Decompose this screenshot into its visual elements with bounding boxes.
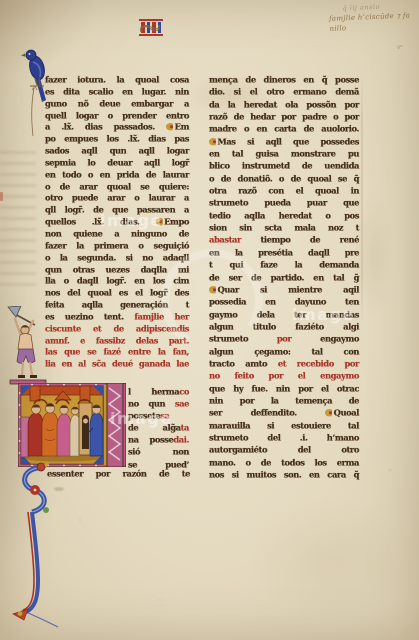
text-line: fazer iotura. la quoal cosa: [45, 74, 189, 86]
text-segment: mano. o de todos los erma: [209, 457, 359, 467]
text-segment: mença de dineros en q̃ posse: [209, 74, 359, 84]
text-segment: quell logar o prender entro: [45, 110, 189, 120]
text-segment: o de donatiõ. o de quoal se q̃: [209, 173, 359, 183]
text-segment: otro puede arar o laurar a: [45, 192, 189, 202]
text-segment: tracto amto: [209, 358, 278, 368]
axeman-drawing: [6, 306, 50, 386]
text-segment: dai.: [173, 434, 189, 444]
text-line: en todo o en prida de laurar: [45, 169, 189, 181]
text-segment: razõ de hedar por padre o por: [209, 111, 359, 121]
watermark-text: image: [292, 305, 355, 324]
text-segment: o de arar quoal se quiere:: [45, 181, 189, 191]
watermark-ring: [155, 243, 270, 358]
text-segment: Empo: [164, 216, 189, 226]
watermark-text: image: [100, 211, 163, 230]
text-segment: a .lx̃. dias passados.: [45, 121, 166, 131]
text-segment: en tal guisa monstrare pu: [209, 148, 359, 158]
text-segment: tedio aqlla heredat o pos: [209, 210, 359, 220]
annotation-line: famjlie h’ciscūde ⁊ fa nillo: [329, 10, 418, 34]
marginal-annotation: q̄ iij ansio famjlie h’ciscūde ⁊ fa nil…: [328, 0, 417, 34]
text-segment: lia en al sc̃a deué ganada lae: [45, 358, 189, 368]
paraph-mark: [166, 123, 173, 131]
rubric-text-line: lia en al sc̃a deué ganada lae: [45, 358, 189, 370]
text-segment: et recebido por: [278, 358, 359, 368]
text-line: es dita scalio en lugar. nin: [45, 86, 189, 98]
text-line: razõ de hedar por padre o por: [209, 110, 359, 123]
text-line: o de donatiõ. o de quoal se q̃: [209, 172, 359, 185]
text-line: da la heredat ola possõn por: [209, 98, 359, 111]
annotation-mark: vᵃ: [397, 44, 403, 51]
watermark-text: image: [110, 409, 173, 428]
rubric-text-line: no feito por el engaymo: [209, 369, 359, 382]
text-segment: essenter por razón de te: [47, 468, 190, 478]
text-line: mença de dineros en q̃ posse: [209, 73, 359, 86]
text-line: strumeto del .i. h’mano: [209, 431, 359, 444]
text-segment: po empues los .lx̃. dias pas: [45, 133, 189, 143]
text-segment: co: [179, 386, 189, 396]
text-line: quell logar o prender entro: [45, 110, 189, 122]
text-line: sió non: [128, 445, 189, 458]
bird-beak: [21, 54, 26, 57]
folio-number: [139, 16, 221, 38]
text-line: ser deffendito. Quoal: [209, 406, 359, 419]
text-line: guno nõ deue embargar a: [45, 98, 189, 110]
text-line: nin por la temença de: [209, 394, 359, 407]
dragon-head: [37, 463, 45, 471]
margin-red-mark: [0, 192, 3, 201]
text-segment: Quoal: [334, 407, 359, 417]
parchment-fold-line: [361, 75, 363, 325]
folio-flourish-right: [139, 19, 161, 35]
text-segment: Mas si aqll que possedes: [218, 136, 360, 146]
text-line: otro puede arar o laurar a: [45, 192, 189, 204]
text-segment: sados aqll qun aqll logar: [45, 145, 189, 155]
text-segment: dio. si el otro ermano demã: [209, 86, 359, 96]
text-segment: l herma: [128, 386, 179, 396]
pen-flourish-descender: [8, 460, 78, 632]
text-line: Mas si aqll que possedes: [209, 135, 359, 148]
text-segment: autorgamiéto del otro: [209, 444, 359, 454]
text-segment: engaymo: [291, 333, 359, 343]
text-line: strumeto pueda puar que: [209, 196, 359, 209]
text-segment: sion sin scta mala noz t: [209, 222, 359, 232]
text-segment: da la heredat ola possõn por: [209, 99, 359, 109]
text-line: otra razõ con el quoal in: [209, 184, 359, 197]
paraph-mark: [209, 137, 216, 145]
text-segment: Em: [175, 121, 189, 131]
rubric-text-line: no qun sae: [128, 397, 189, 410]
faint-pencil-mark: [54, 487, 64, 491]
text-line: madre o en carta de auolorio.: [209, 122, 359, 135]
text-segment: en todo o en prida de laurar: [45, 169, 189, 179]
text-segment: no feito por el engaymo: [209, 370, 359, 380]
text-line: marauilla si estouiere tal: [209, 419, 359, 432]
paraph-mark: [325, 409, 332, 417]
text-segment: ser deffendito.: [209, 407, 325, 417]
text-segment: marauilla si estouiere tal: [209, 420, 359, 430]
green-leaf: [43, 507, 49, 513]
text-segment: nin por la temença de: [209, 395, 359, 405]
text-segment: strumeto pueda puar que: [209, 197, 359, 207]
text-segment: sae: [175, 398, 189, 408]
page-showthrough: [0, 148, 36, 288]
text-segment: madre o en carta de auolorio.: [209, 123, 359, 133]
text-line: blico instrumetd de uendida: [209, 159, 359, 172]
text-segment: otra razõ con el quoal in: [209, 185, 359, 195]
text-line: a .lx̃. dias passados. Em: [45, 121, 189, 133]
manuscript-page: q̄ iij ansio famjlie h’ciscūde ⁊ fa nil…: [0, 0, 419, 640]
text-segment: por: [277, 333, 292, 343]
text-below-initial: essenter por razón de te: [47, 467, 190, 479]
text-line: po empues los .lx̃. dias pas: [45, 133, 189, 145]
axe-blade: [8, 306, 21, 317]
text-line: sepmia lo deuar aqll logr̃: [45, 157, 189, 169]
text-segment: blico instrumetd de uendida: [209, 160, 359, 170]
text-line: dio. si el otro ermano demã: [209, 85, 359, 98]
text-segment: es dita scalio en lugar. nin: [45, 86, 189, 96]
text-line: sados aqll qun aqll logar: [45, 145, 189, 157]
text-segment: es uezino tent.: [45, 311, 134, 321]
text-line: autorgamiéto del otro: [209, 443, 359, 456]
text-line: essenter por razón de te: [47, 467, 190, 479]
text-segment: sepmia lo deuar aqll logr̃: [45, 157, 189, 167]
text-segment: guno nõ deue embargar a: [45, 98, 189, 108]
text-segment: no qun: [128, 398, 175, 408]
text-segment: ta: [181, 422, 189, 432]
text-line: tedio aqlla heredat o pos: [209, 209, 359, 222]
text-line: en tal guisa monstrare pu: [209, 147, 359, 160]
rubric-text-line: tracto amto et recebido por: [209, 357, 359, 370]
text-segment: na posse: [128, 434, 173, 444]
text-line: mano. o de todos los erma: [209, 456, 359, 469]
pen-flourish-line: [32, 88, 34, 136]
text-segment: nos si muitos son. en cara q̃: [209, 469, 359, 479]
text-segment: fazer iotura. la quoal cosa: [45, 74, 189, 84]
text-line: nos si muitos son. en cara q̃: [209, 468, 359, 481]
axeman-breeches: [17, 349, 35, 363]
text-segment: que hy fue. nin por el otrac: [209, 383, 359, 393]
text-line: que hy fue. nin por el otrac: [209, 382, 359, 395]
text-segment: strumeto del .i. h’mano: [209, 432, 359, 442]
text-segment: sió non: [128, 447, 189, 457]
rubric-text-line: l hermaco: [128, 385, 189, 398]
